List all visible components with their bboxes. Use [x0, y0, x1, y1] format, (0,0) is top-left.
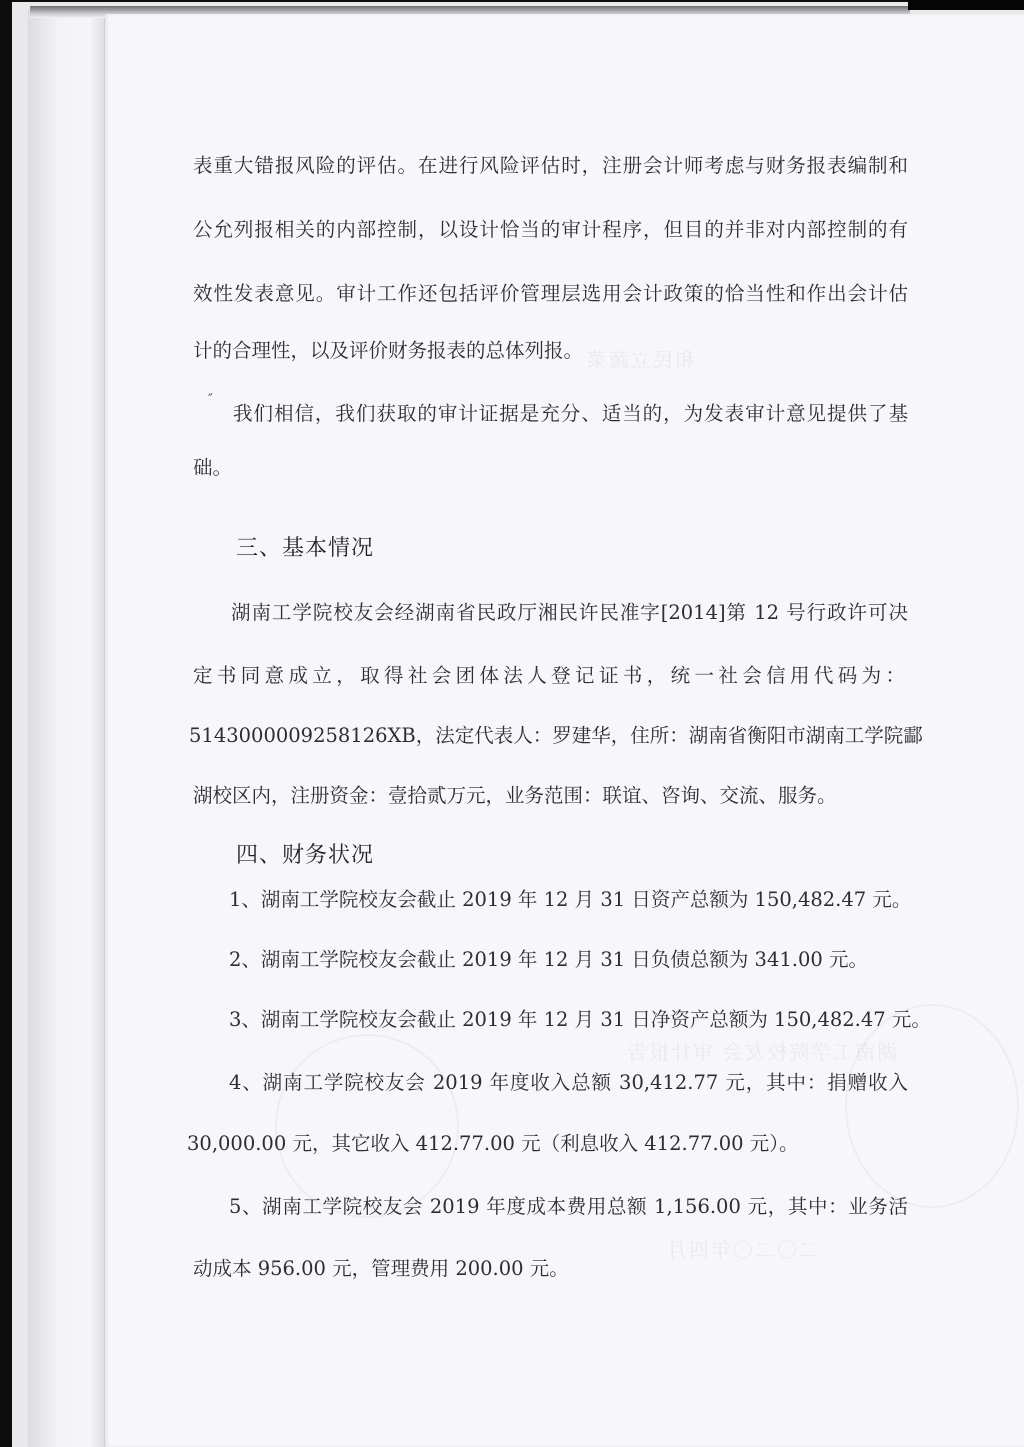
financial-item-total-assets: 1、湖南工学院校友会截止 2019 年 12 月 31 日资产总额为 150,4… [229, 884, 911, 912]
paragraph-line: 我们相信，我们获取的审计证据是充分、适当的，为发表审计意见提供了基 [233, 398, 908, 426]
stamp-bleed-through [845, 1004, 1019, 1208]
paragraph-line: 5143000009258126XB，法定代表人：罗建华，住所：湖南省衡阳市湖南… [189, 720, 904, 748]
financial-item-net-assets: 3、湖南工学院校友会截止 2019 年 12 月 31 日净资产总额为 150,… [229, 1004, 931, 1032]
paragraph-line: 效性发表意见。审计工作还包括评价管理层选用会计政策的恰当性和作出会计估 [193, 278, 908, 306]
paragraph-line: 湖校区内，注册资金：壹拾贰万元，业务范围：联谊、咨询、交流、服务。 [193, 780, 837, 808]
scanner-edge [908, 0, 1024, 10]
financial-item-total-liabilities: 2、湖南工学院校友会截止 2019 年 12 月 31 日负债总额为 341.0… [229, 944, 868, 972]
paragraph-line: 表重大错报风险的评估。在进行风险评估时，注册会计师考虑与财务报表编制和 [193, 150, 908, 178]
section-heading-financial-status: 四、财务状况 [236, 838, 374, 869]
section-heading-basic-info: 三、基本情况 [236, 531, 374, 562]
financial-item-costs: 5、湖南工学院校友会 2019 年度成本费用总额 1,156.00 元，其中：业… [229, 1191, 908, 1219]
bleed-through-text: 和民立蔬菜 [585, 344, 695, 373]
financial-item-income-cont: 30,000.00 元，其它收入 412.77.00 元（利息收入 412.77… [187, 1128, 798, 1156]
financial-item-income: 4、湖南工学院校友会 2019 年度收入总额 30,412.77 元，其中：捐赠… [229, 1067, 908, 1095]
financial-item-costs-cont: 动成本 956.00 元，管理费用 200.00 元。 [193, 1253, 569, 1281]
paragraph-line: 湖南工学院校友会经湖南省民政厅湘民许民准字[2014]第 12 号行政许可决 [231, 597, 908, 625]
bleed-through-text: 二〇二〇年四月 [665, 1234, 819, 1263]
paragraph-line: 计的合理性，以及评价财务报表的总体列报。 [193, 335, 583, 363]
page-fold-edge [28, 10, 105, 1447]
scan-mark: ″ [208, 392, 213, 407]
paragraph-line: 定书同意成立，取得社会团体法人登记证书，统一社会信用代码为： [193, 660, 908, 688]
paragraph-line: 础。 [193, 452, 232, 480]
paragraph-line: 公允列报相关的内部控制，以设计恰当的审计程序，但目的并非对内部控制的有 [193, 214, 908, 242]
